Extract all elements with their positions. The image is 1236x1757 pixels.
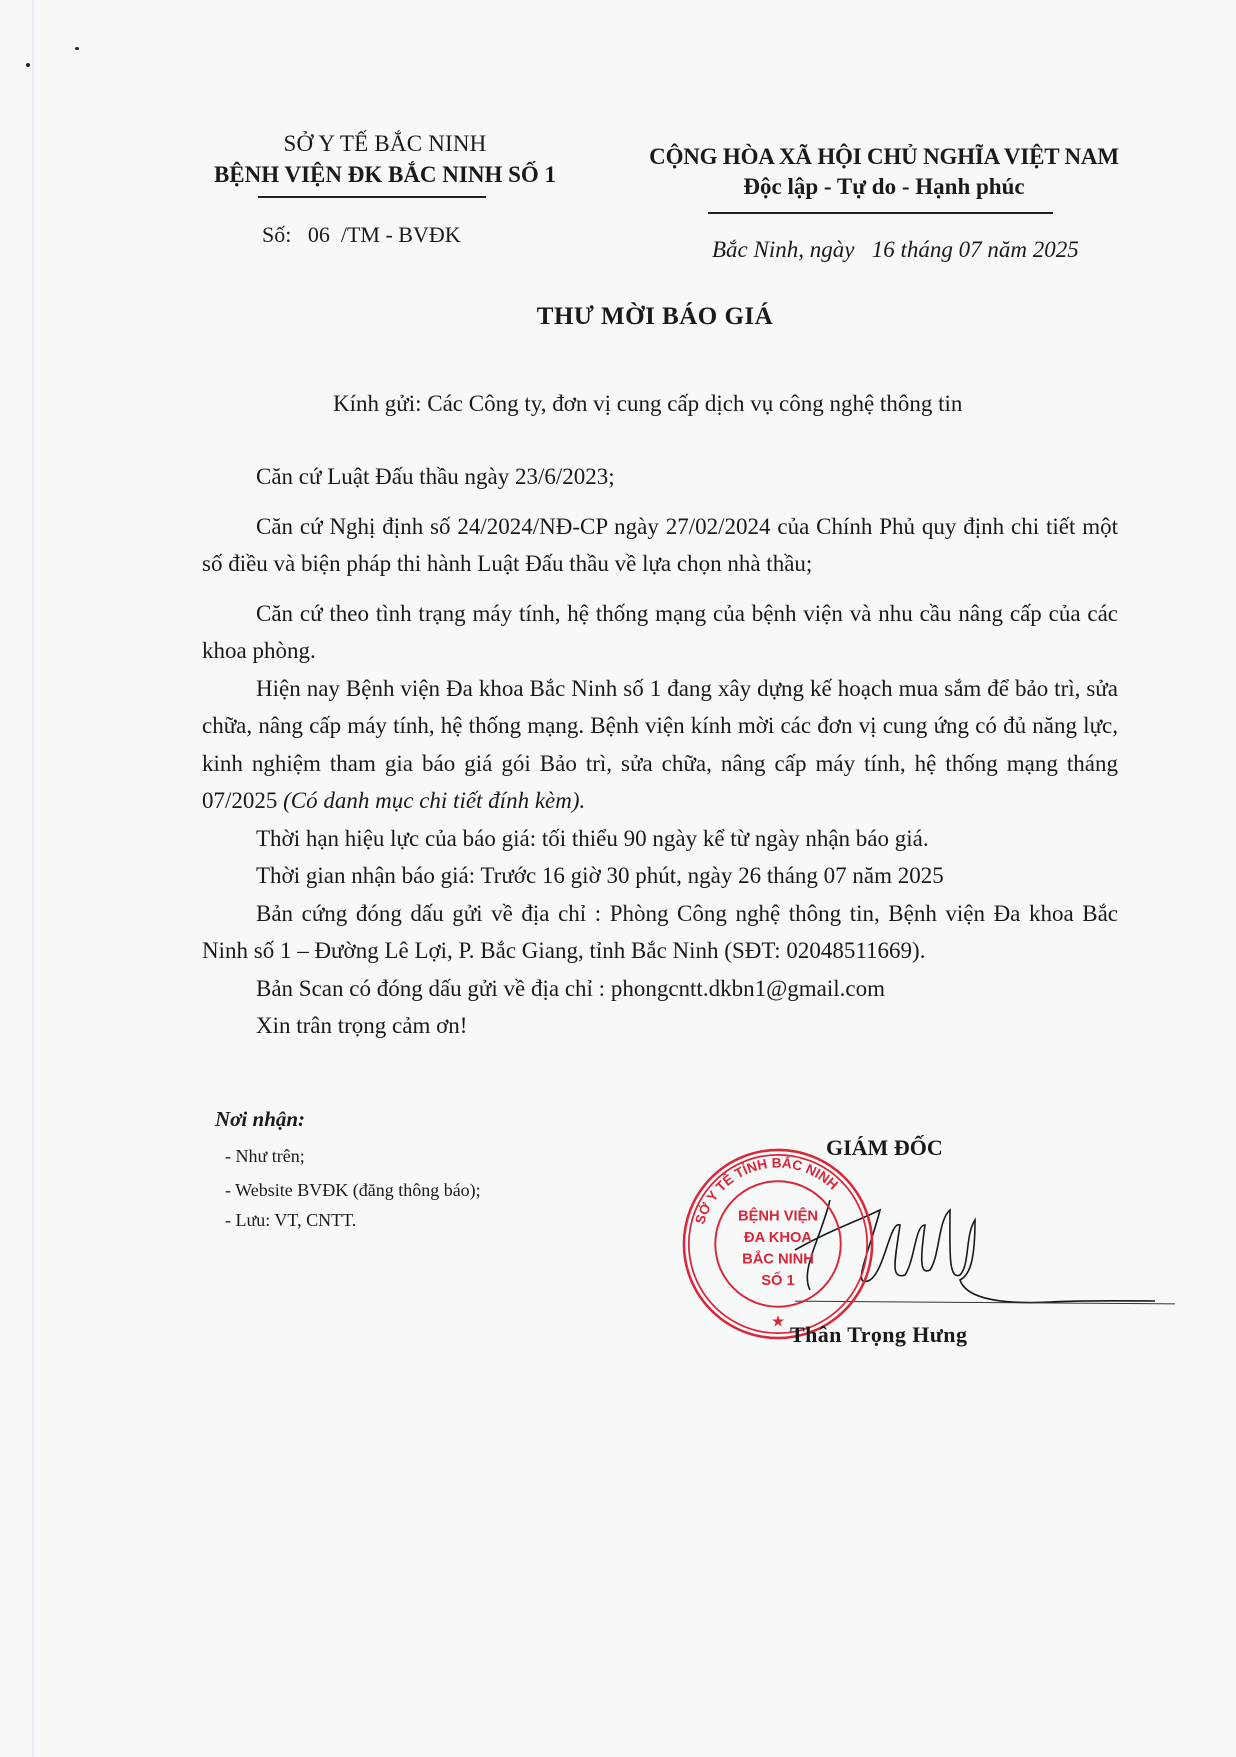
recipients-item: - Website BVĐK (đăng thông báo); [225,1180,481,1201]
recipients-item: - Lưu: VT, CNTT. [225,1210,356,1231]
reference-number: Số: 06 /TM - BVĐK [262,222,461,248]
paragraph-email: Bản Scan có đóng dấu gửi về địa chỉ : ph… [202,970,1118,1008]
scan-speck [26,63,30,67]
place-date: Bắc Ninh, ngày 16 tháng 07 năm 2025 [712,237,1079,263]
paragraph: Thời gian nhận báo giá: Trước 16 giờ 30 … [202,857,1118,895]
svg-text:BỆNH VIỆN: BỆNH VIỆN [738,1206,818,1224]
paragraph: Căn cứ Nghị định số 24/2024/NĐ-CP ngày 2… [202,508,1118,583]
svg-text:SỐ 1: SỐ 1 [761,1271,794,1289]
recipient-line: Kính gửi: Các Công ty, đơn vị cung cấp d… [333,391,962,417]
scan-artifact-line [32,0,34,1757]
closing-line: Xin trân trọng cảm ơn! [202,1007,1118,1045]
header-right-underline [708,212,1053,214]
paragraph: Căn cứ Luật Đấu thầu ngày 23/6/2023; [202,458,1118,496]
paragraph: Hiện nay Bệnh viện Đa khoa Bắc Ninh số 1… [202,670,1118,820]
paragraph: Bản cứng đóng dấu gửi về địa chỉ : Phòng… [202,895,1118,970]
svg-text:BẮC NINH: BẮC NINH [742,1250,814,1268]
header-left-underline [258,196,486,198]
national-motto: Độc lập - Tự do - Hạnh phúc [620,174,1148,200]
paragraph: Thời hạn hiệu lực của báo giá: tối thiểu… [202,820,1118,858]
official-seal: SỞ Y TẾ TỈNH BẮC NINH BỆNH VIỆN ĐA KHOA … [680,1146,876,1342]
recipients-title: Nơi nhận: [215,1107,305,1132]
signer-name: Thân Trọng Hưng [790,1322,967,1348]
recipients-item: - Như trên; [225,1146,305,1167]
svg-text:ĐA KHOA: ĐA KHOA [744,1230,812,1246]
attachment-note: (Có danh mục chi tiết đính kèm). [283,788,585,813]
svg-text:★: ★ [771,1313,785,1330]
paragraph: Căn cứ theo tình trạng máy tính, hệ thốn… [202,595,1118,670]
document-title: THƯ MỜI BÁO GIÁ [300,303,1010,331]
scan-speck [75,47,79,50]
national-title: CỘNG HÒA XÃ HỘI CHỦ NGHĨA VIỆT NAM [620,144,1148,170]
issuing-organization: BỆNH VIỆN ĐK BẮC NINH SỐ 1 [180,162,590,188]
issuing-authority: SỞ Y TẾ BẮC NINH [185,131,585,157]
document-body: Căn cứ Luật Đấu thầu ngày 23/6/2023; Căn… [202,458,1118,1045]
